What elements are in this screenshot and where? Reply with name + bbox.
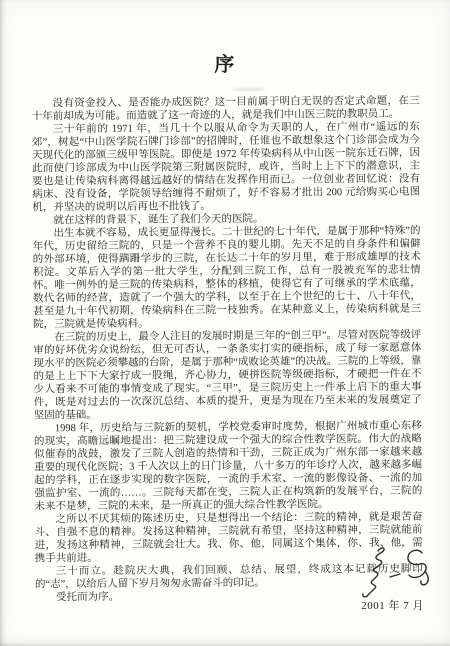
date-label: 2001 年 7 月 — [361, 597, 424, 613]
paragraph: 三十年前的 1971 年，当几十个以服从命令为天职的人，在广州市“遥远的东郊”，… — [32, 121, 421, 215]
preface-content: 序 没有资金投入、是否能办成医院？这一目前属于明白无误的否定式命题，在三十年前却… — [31, 0, 423, 604]
preface-body: 没有资金投入、是否能办成医院？这一目前属于明白无误的否定式命题，在三十年前却成为… — [32, 95, 424, 605]
page-title: 序 — [31, 0, 420, 78]
paragraph: 1998 年，历史给与三院新的契机，学校党委审时度势，根据广州城市重心东移的现实… — [34, 420, 423, 514]
paragraph: 在三院的历史上，最令人注目的发展时期是三年的“创三甲”。尽管对医院等级评审的好坏… — [33, 329, 422, 423]
scan-smudge — [232, 88, 266, 91]
paragraph: 没有资金投入、是否能办成医院？这一目前属于明白无误的否定式命题，在三十年前却成为… — [32, 95, 420, 124]
scanned-page: 序 没有资金投入、是否能办成医院？这一目前属于明白无误的否定式命题，在三十年前却… — [0, 0, 450, 646]
paragraph: 出生本就不容易，成长更显得漫长。二十世纪的七十年代，是属于那种“特殊”的年代，历… — [32, 225, 421, 332]
